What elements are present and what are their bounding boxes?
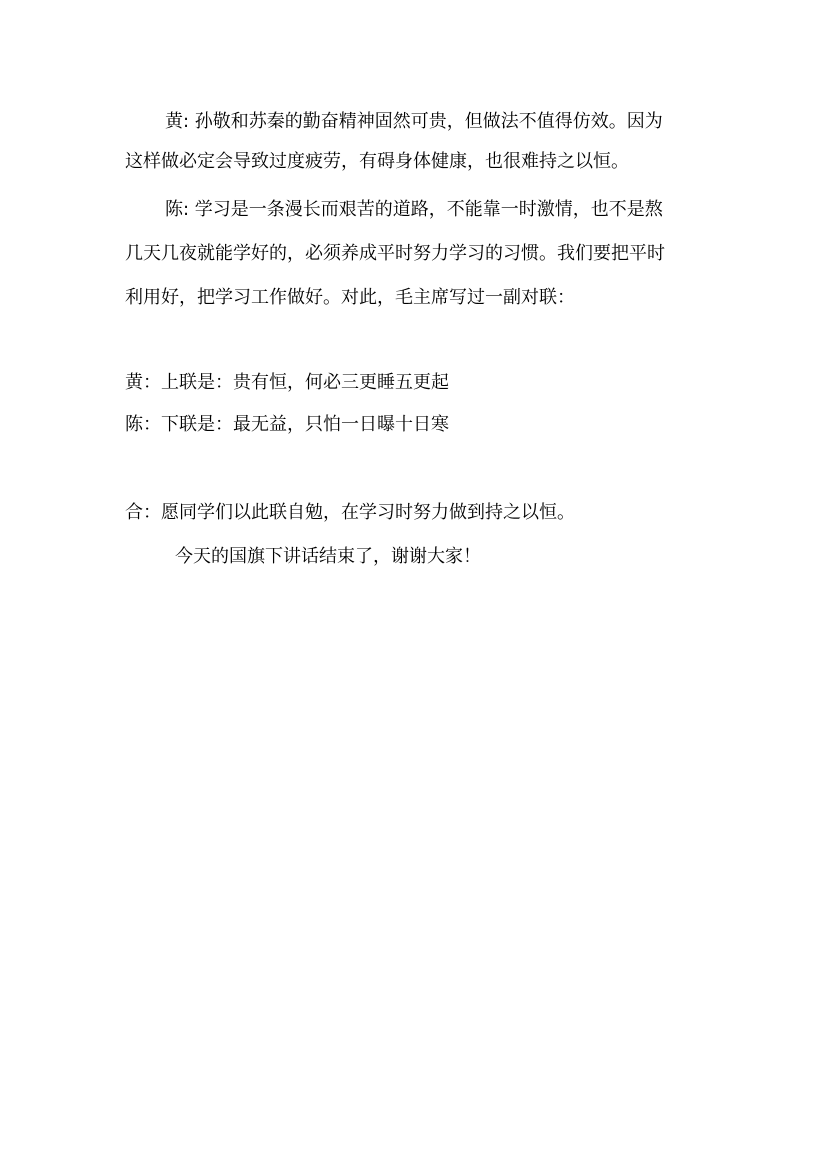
paragraph-huang-line-1: 黄: 孙敬和苏秦的勤奋精神固然可贵，但做法不值得仿效。因为 [165, 111, 663, 133]
paragraph-huang-line-2: 这样做必定会导致过度疲劳，有碍身体健康，也很难持之以恒。 [125, 151, 629, 173]
couplet-lower: 陈：下联是：最无益，只怕一日曝十日寒 [125, 414, 449, 436]
paragraph-chen-line-3: 利用好，把学习工作做好。对此，毛主席写过一副对联： [125, 287, 575, 309]
together-line: 合：愿同学们以此联自勉，在学习时努力做到持之以恒。 [125, 502, 575, 524]
couplet-upper: 黄：上联是：贵有恒，何必三更睡五更起 [125, 372, 449, 394]
closing-line: 今天的国旗下讲话结束了，谢谢大家！ [175, 546, 481, 568]
paragraph-chen-line-1: 陈: 学习是一条漫长而艰苦的道路，不能靠一时激情，也不是熬 [165, 199, 663, 221]
paragraph-chen-line-2: 几天几夜就能学好的，必须养成平时努力学习的习惯。我们要把平时 [125, 243, 665, 265]
